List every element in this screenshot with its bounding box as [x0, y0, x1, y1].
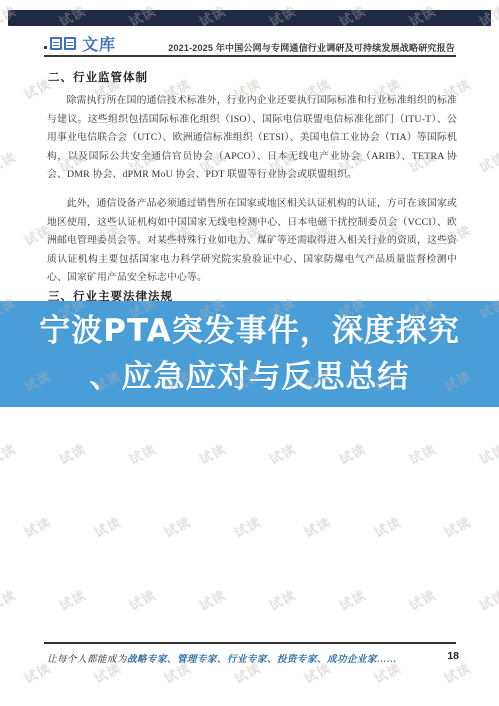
promo-title-banner: 宁波PTA突发事件，深度探究 、应急应对与反思总结 — [0, 301, 499, 407]
trial-watermark: 试读 — [475, 585, 499, 615]
trial-watermark: 试读 — [475, 147, 499, 177]
trial-watermark: 试读 — [335, 439, 369, 469]
trial-watermark: 试读 — [90, 512, 124, 542]
logo-dot-icon — [44, 46, 47, 49]
trial-watermark: 试读 — [300, 512, 334, 542]
logo-text: 文库 — [82, 32, 116, 55]
trial-watermark: 试读 — [265, 585, 299, 615]
trial-watermark: 试读 — [160, 512, 194, 542]
section-heading-regulation: 二、行业监管体制 — [48, 69, 148, 85]
trial-watermark: 试读 — [230, 512, 264, 542]
trial-watermark: 试读 — [55, 585, 89, 615]
logo-glyph-icon — [64, 37, 76, 50]
trial-watermark: 试读 — [405, 585, 439, 615]
report-title: 2021-2025 年中国公网与专网通信行业调研及可持续发展战略研究报告 — [135, 41, 455, 54]
paragraph-regulation-2: 此外，通信设备产品必须通过销售所在国家或地区相关认证机构的认证，方可在该国家或地… — [47, 195, 457, 288]
logo-glyph-icon — [50, 37, 62, 50]
trial-watermark: 试读 — [265, 439, 299, 469]
banner-title-line1: 宁波PTA突发事件，深度探究 — [39, 308, 459, 354]
page-number: 18 — [447, 650, 459, 662]
footer-slogan: 让每个人都能成为战略专家、管理专家、行业专家、投资专家、成功企业家…… — [47, 651, 407, 665]
trial-watermark: 试读 — [0, 439, 19, 469]
paragraph-regulation-1: 除需执行所在国的通信技术标准外，行业内企业还要执行国际标准和行业标准组织的标准与… — [47, 92, 457, 185]
site-logo: 文库 — [44, 33, 116, 53]
document-page: 文库 2021-2025 年中国公网与专网通信行业调研及可持续发展战略研究报告 … — [0, 0, 499, 706]
footer-slogan-highlight: 战略专家、管理专家、行业专家、投资专家、成功企业家…… — [127, 655, 397, 665]
trial-watermark: 试读 — [440, 658, 474, 688]
banner-title-line2: 、应急应对与反思总结 — [90, 354, 410, 400]
page-top-bar — [8, 10, 491, 26]
trial-watermark: 试读 — [55, 439, 89, 469]
header-divider — [44, 55, 456, 57]
trial-watermark: 试读 — [195, 585, 229, 615]
trial-watermark: 试读 — [125, 585, 159, 615]
trial-watermark: 试读 — [475, 439, 499, 469]
trial-watermark: 试读 — [405, 439, 439, 469]
footer-slogan-prefix: 让每个人都能成为 — [47, 655, 127, 665]
trial-watermark: 试读 — [0, 585, 19, 615]
trial-watermark: 试读 — [20, 512, 54, 542]
footer-divider — [44, 642, 456, 644]
trial-watermark: 试读 — [370, 512, 404, 542]
trial-watermark: 试读 — [195, 439, 229, 469]
trial-watermark: 试读 — [335, 585, 369, 615]
trial-watermark: 试读 — [0, 147, 19, 177]
trial-watermark: 试读 — [125, 439, 159, 469]
trial-watermark: 试读 — [440, 512, 474, 542]
